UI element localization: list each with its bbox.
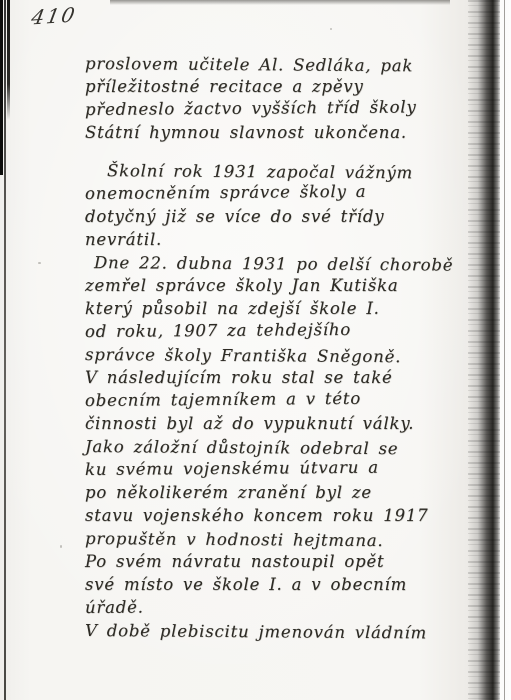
scan-left-edge-thin-line (4, 0, 6, 700)
manuscript-line: Dne 22. dubna 1931 po delší chorobě (85, 251, 459, 277)
scan-right-edge-line (504, 0, 505, 700)
manuscript-line: předneslo žactvo vyšších tříd školy (85, 95, 459, 121)
scan-top-edge-shadow (110, 0, 450, 5)
manuscript-line: V době plebiscitu jmenován vládním (85, 619, 459, 645)
manuscript-line: Státní hymnou slavnost ukončena. (85, 121, 459, 144)
manuscript-line: nevrátil. (85, 228, 459, 251)
manuscript-line: od roku, 1907 za tehdejšího (85, 317, 459, 343)
scan-binding-gutter-shadow (468, 0, 500, 700)
manuscript-line: stavu vojenského koncem roku 1917 (85, 504, 459, 527)
manuscript-line: propuštěn v hodnosti hejtmana. (85, 527, 459, 553)
scan-left-edge-thick-line (0, 0, 3, 175)
scan-noise-dot (60, 545, 62, 548)
manuscript-line: úřadě. (85, 593, 459, 619)
scanned-manuscript-page: 410 proslovem učitele Al. Sedláka, pak p… (0, 0, 511, 700)
manuscript-line: činnosti byl až do vypuknutí války. (85, 412, 459, 435)
manuscript-text-block: proslovem učitele Al. Sedláka, pak příle… (85, 52, 459, 642)
manuscript-line: Po svém návratu nastoupil opět (85, 550, 459, 573)
scan-noise-dot (330, 28, 332, 30)
manuscript-line: zemřel správce školy Jan Kutiška (85, 274, 459, 297)
page-number: 410 (30, 2, 79, 29)
manuscript-line: obecním tajemníkem a v této (85, 386, 459, 412)
manuscript-line: správce školy Františka Sněgoně. (85, 343, 459, 369)
manuscript-line: dotyčný již se více do své třídy (85, 205, 459, 228)
manuscript-line: ku svému vojenskému útvaru a (85, 455, 459, 481)
manuscript-line: po několikerém zranění byl ze (85, 481, 459, 504)
scan-left-edge-double-line (7, 0, 10, 120)
manuscript-line: proslovem učitele Al. Sedláka, pak (85, 52, 459, 78)
manuscript-line: onemocněním správce školy a (85, 179, 459, 205)
scan-noise-dot (38, 262, 41, 264)
